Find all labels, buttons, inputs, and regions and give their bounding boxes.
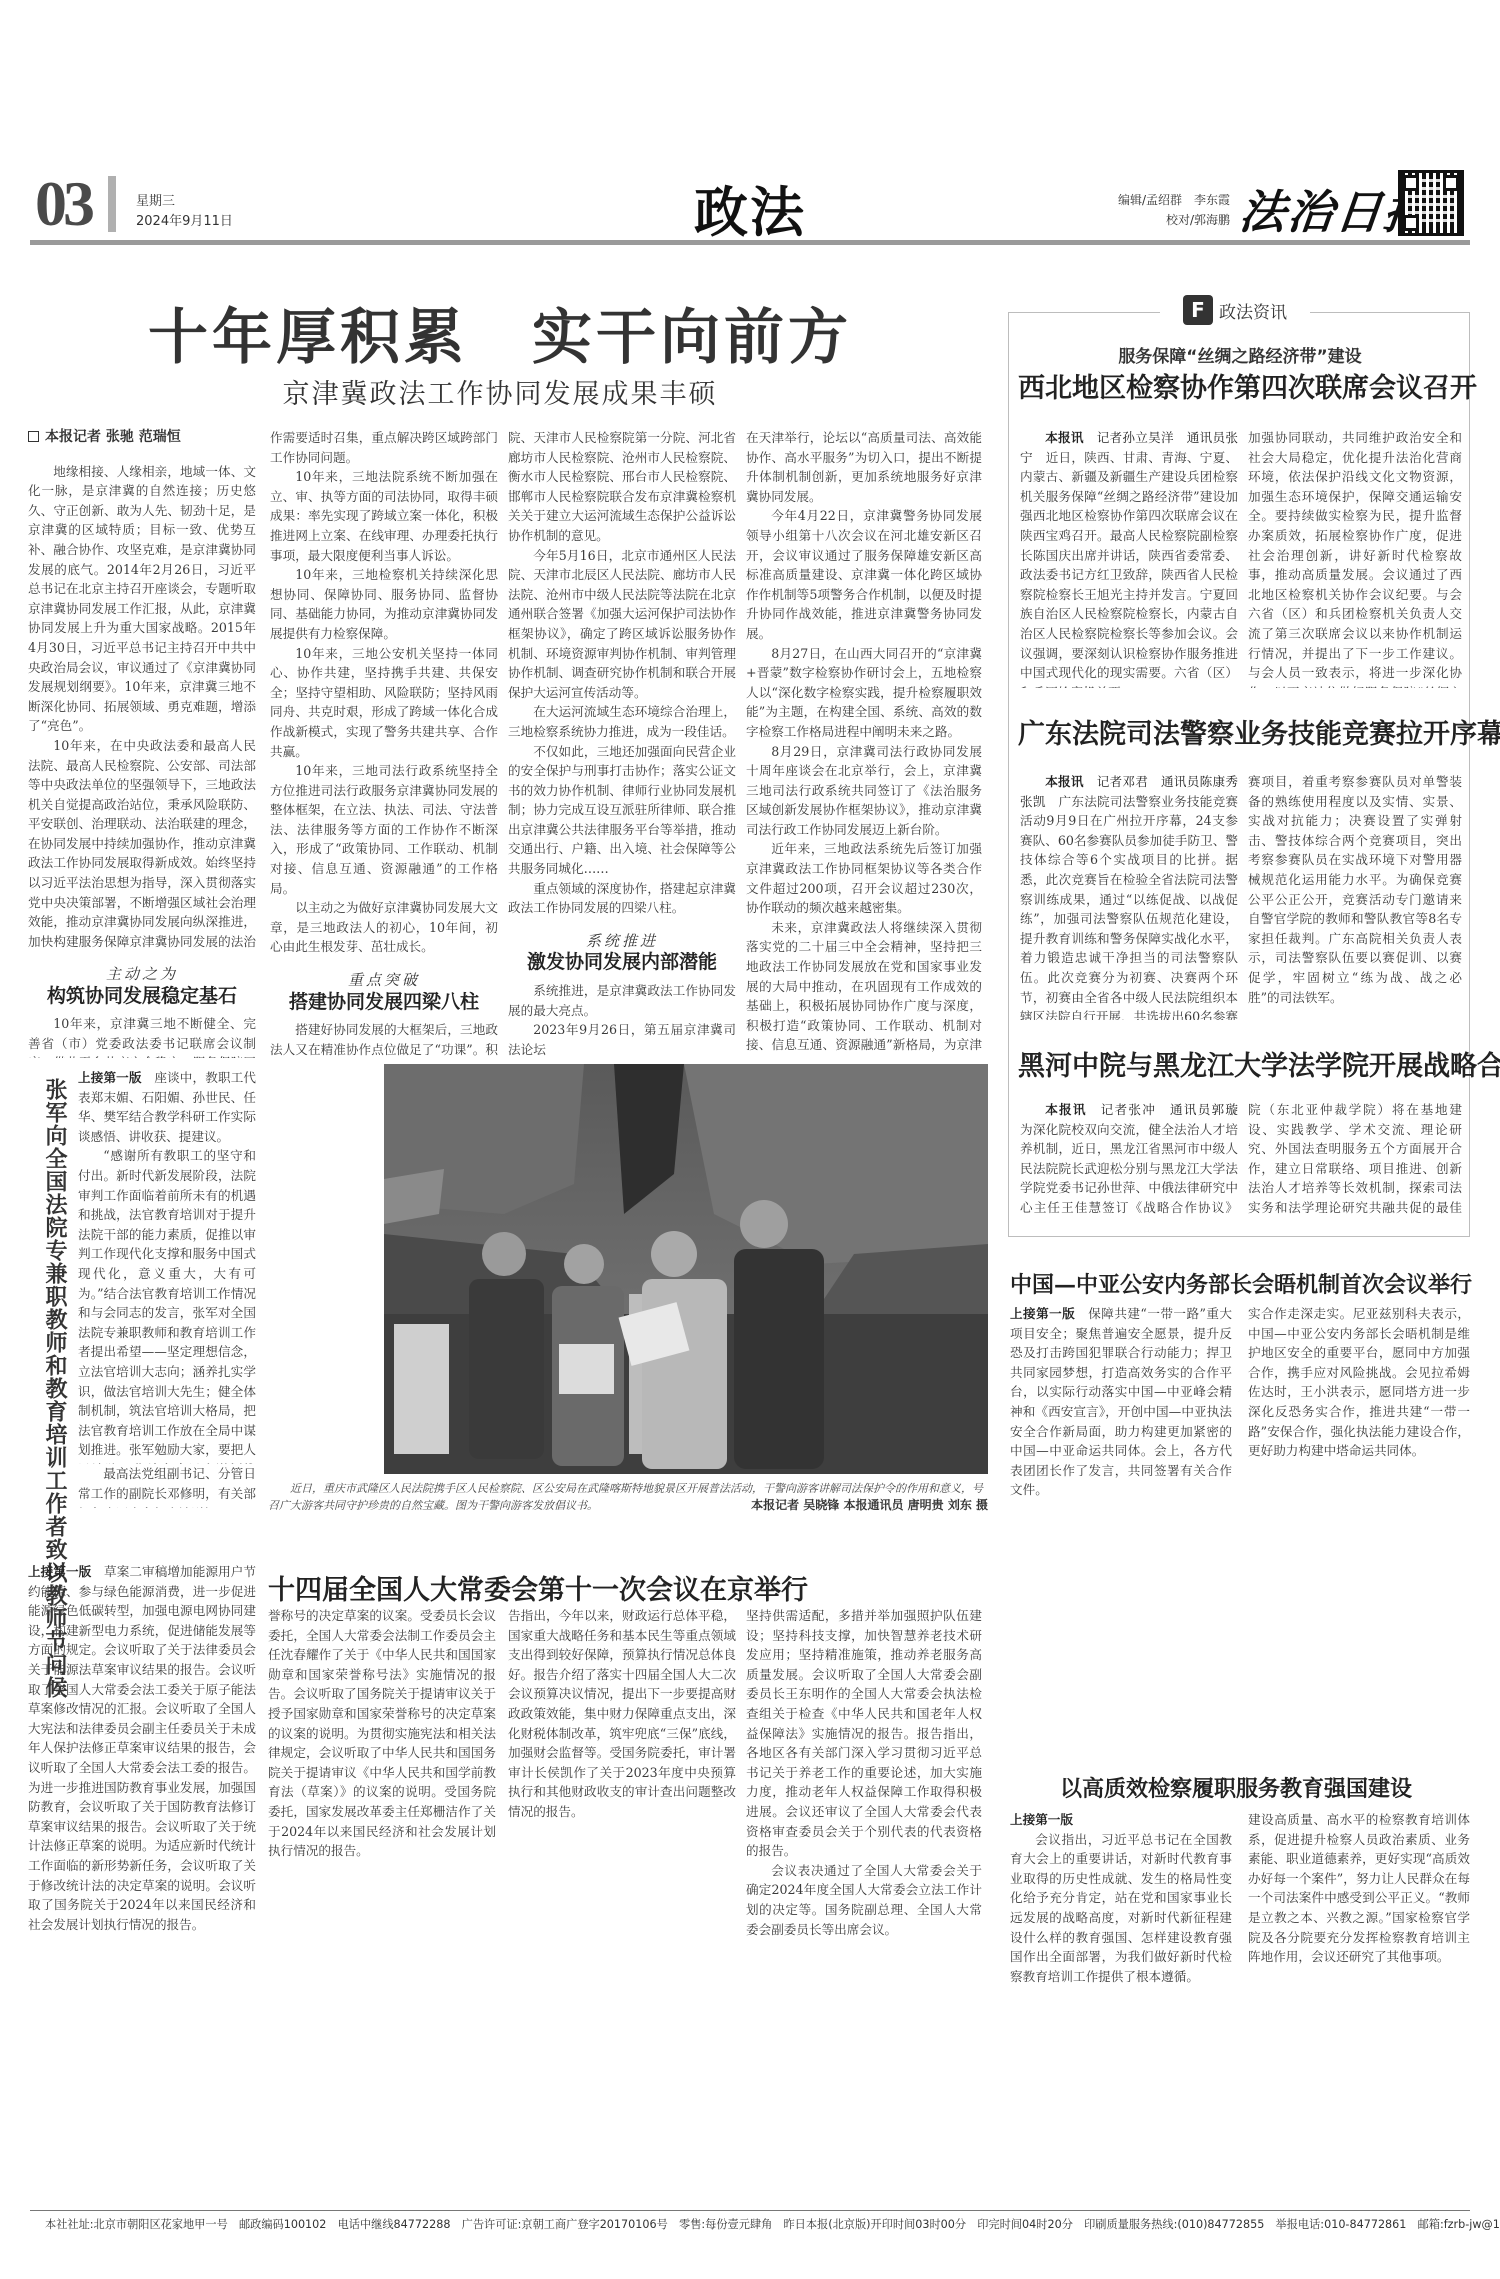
paragraph: 10年来，三地检察机关持续深化思想协同、保障协同、服务协同、监督协同、基础能力协… <box>270 565 498 643</box>
paragraph: 在大运河流域生态环境综合治理上，三地检察系统协力推进，成为一段佳话。 <box>508 702 736 741</box>
right-article-1-title: 中国—中亚公安内务部长会晤机制首次会议举行 <box>1010 1268 1472 1299</box>
paragraph: 10年来，三地司法行政系统坚持全方位推进司法行政服务京津冀协同发展的整体框架，在… <box>270 761 498 898</box>
paragraph: “感谢所有教职工的坚守和付出。新时代新发展阶段，法院审判工作面临着前所未有的机遇… <box>78 1146 256 1464</box>
npc-column-1: 誉称号的决定草案的议案。受委员长会议委托，全国人大常委会法制工作委员会主任沈春耀… <box>268 1606 496 2202</box>
right-article-1-column-2: 实合作走深走实。尼亚兹别科夫表示，中国—中亚公安内务部长会晤机制是维护地区安全的… <box>1248 1304 1470 1762</box>
page-number: 03 <box>35 172 91 236</box>
brief-3-column-2: 院（东北亚仲裁学院）将在基地建设、实践教学、学术交流、理论研究、外国法查明服务五… <box>1248 1100 1462 1220</box>
paragraph: 今年4月22日，京津冀警务协同发展领导小组第十八次会议在河北雄安新区召开，会议审… <box>746 506 982 643</box>
section-logo-icon: F <box>1183 295 1213 325</box>
news-briefs-label: 政法资讯 <box>1219 298 1287 323</box>
subsection-title: 激发协同发展内部潜能 <box>508 953 736 973</box>
photo-credit: 本报记者 吴晓锋 本报通讯员 唐明贵 刘东 摄 <box>751 1497 988 1514</box>
brief-1-column-1: 本报讯 记者孙立昊洋 通讯员张宁 近日，陕西、甘肃、青海、宁夏、内蒙古、新疆及新… <box>1020 428 1238 688</box>
subsection-title: 构筑协同发展稳定基石 <box>28 987 256 1007</box>
subsection-kicker: 系统推进 <box>508 932 736 952</box>
photo-illustration <box>384 1064 988 1474</box>
brief-1-column-2: 加强协同联动，共同维护政治安全和社会大局稳定，优化提升法治化营商环境，依法保护沿… <box>1248 428 1462 688</box>
issue-date: 2024年9月11日 <box>136 210 233 229</box>
brief-title: 黑河中院与黑龙江大学法学院开展战略合作 <box>1018 1044 1462 1083</box>
npc-column-3: 坚持供需适配，多措并举加强照护队伍建设；坚持科技支撑，加快智慧养老技术研发应用；… <box>746 1606 982 2202</box>
npc-headline: 十四届全国人大常委会第十一次会议在京举行 <box>268 1568 808 1607</box>
footer-rule <box>30 2210 1470 2211</box>
brief-3-column-1: 本报讯 记者张冲 通讯员郭璇 为深化院校双向交流，健全法治人才培养机制，近日，黑… <box>1020 1100 1238 1220</box>
paragraph: 不仅如此，三地还加强面向民营企业的安全保护与刑事打击协作；落实公证文书的效力协作… <box>508 742 736 879</box>
paragraph: 重点领域的深度协作，搭建起京津冀政法工作协同发展的四梁八柱。 <box>508 879 736 918</box>
brief-title: 广东法院司法警察业务技能竞赛拉开序幕 <box>1018 712 1462 751</box>
subsection-title: 搭建协同发展四梁八柱 <box>270 993 498 1013</box>
paragraph: 地缘相接、人缘相亲，地域一体、文化一脉，是京津冀的自然连接；历史悠久、守正创新、… <box>28 462 256 736</box>
qr-finder-icon <box>1403 175 1419 191</box>
editor-credits: 编辑/孟绍群 李东霞 校对/郭海鹏 <box>1080 190 1230 230</box>
right-article-2-column-1: 上接第一版 会议指出，习近平总书记在全国教育大会上的重要讲话，对新时代教育事业取… <box>1010 1810 1232 2202</box>
news-briefs-tag: F 政法资讯 <box>1160 292 1310 328</box>
section-title: 政法 <box>690 170 810 247</box>
subsection-kicker: 主动之为 <box>28 965 256 985</box>
paragraph: 在天津举行，论坛以“高质量司法、高效能协作、高水平服务”为切入口，提出不断提升体… <box>746 428 982 506</box>
paragraph: 10年来，三地法院系统不断加强在立、审、执等方面的司法协同，取得丰硕成果：率先实… <box>270 467 498 565</box>
paragraph: 近年来，三地政法系统先后签订加强京津冀政法工作协同框架协议等各类合作文件超过20… <box>746 839 982 917</box>
brief-kicker: 服务保障“丝绸之路经济带”建设 <box>1020 342 1460 367</box>
subsection-kicker: 重点突破 <box>270 971 498 991</box>
paragraph: 以主动之为做好京津冀协同发展大文章，是三地政法人的初心，10年间，初心由此生根发… <box>270 898 498 957</box>
lead-column-4: 在天津举行，论坛以“高质量司法、高效能协作、高水平服务”为切入口，提出不断提升体… <box>746 428 982 1058</box>
page-number-divider <box>108 176 116 232</box>
right-article-1-column-1: 上接第一版 保障共建“一带一路”重大项目安全；聚焦普遍安全愿景，提升反恐及打击跨… <box>1010 1304 1232 1762</box>
editors: 编辑/孟绍群 李东霞 <box>1080 190 1230 210</box>
paragraph: 今年5月16日，北京市通州区人民法院、天津市北辰区人民法院、廊坊市人民法院、沧州… <box>508 546 736 703</box>
paragraph: 作需要适时召集，重点解决跨区域跨部门工作协同问题。 <box>270 428 498 467</box>
photo-caption: 近日，重庆市武隆区人民法院携手区人民检察院、区公安局在武隆喀斯特地貌景区开展普法… <box>268 1480 988 1514</box>
paragraph: 最高法党组副书记、分管日常工作的副院长邓修明，有关部门负责同志参加座谈慰问。 <box>78 1464 256 1508</box>
header-rule <box>30 240 1470 245</box>
lead-headline: 十年厚积累 实干向前方 <box>130 290 870 376</box>
brief-title: 西北地区检察协作第四次联席会议召开 <box>1018 366 1462 405</box>
lead-column-2: 作需要适时召集，重点解决跨区域跨部门工作协同问题。 10年来，三地法院系统不断加… <box>270 428 498 1058</box>
paragraph: 未来，京津冀政法人将继续深入贯彻落实党的二十届三中全会精神，坚持把三地政法工作协… <box>746 918 982 1058</box>
byline-box-icon <box>28 431 39 442</box>
right-article-2-column-2: 建设高质量、高水平的检察教育培训体系，促进提升检察人员政治素质、业务素能、职业道… <box>1248 1810 1470 2202</box>
vertical-story-body: 上接第一版 座谈中，教职工代表郑末媚、石阳媚、孙世民、任华、樊军结合教学科研工作… <box>78 1068 256 1508</box>
paragraph: 院、天津市人民检察院第一分院、河北省廊坊市人民检察院、沧州市人民检察院、衡水市人… <box>508 428 736 546</box>
news-photo <box>384 1064 988 1474</box>
lead-subhead: 京津冀政法工作协同发展成果丰硕 <box>250 372 750 411</box>
proofreader: 校对/郭海鹏 <box>1080 210 1230 230</box>
footer-imprint: 本社社址:北京市朝阳区花家地甲一号 邮政编码100102 电话中继线847722… <box>45 2216 1465 2232</box>
npc-column-2: 告指出，今年以来，财政运行总体平稳，国家重大战略任务和基本民生等重点领域支出得到… <box>508 1606 736 2202</box>
lead-byline: 本报记者 张驰 范瑞恒 <box>28 428 256 448</box>
qr-code-icon[interactable] <box>1398 170 1464 236</box>
paragraph: 10年来，三地公安机关坚持一体同心、协作共建，坚持携手共建、共保安全；坚持守望相… <box>270 644 498 762</box>
brief-2-column-1: 本报讯 记者邓君 通讯员陈康秀 张凯 广东法院司法警察业务技能竞赛活动9月9日在… <box>1020 772 1238 1020</box>
paragraph: 10年来，京津冀三地不断健全、完善省（市）党委政法委书记联席会议制度，借此平台共… <box>28 1014 256 1058</box>
npc-left-column: 上接第一版 草案二审稿增加能源用户节约能源、参与绿色能源消费，进一步促进能源绿色… <box>28 1562 256 2202</box>
paragraph: 2023年9月26日，第五届京津冀司法论坛 <box>508 1020 736 1058</box>
brief-2-column-2: 赛项目，着重考察参赛队员对单警装备的熟练使用程度以及实情、实景、实战对抗能力；决… <box>1248 772 1462 1020</box>
paragraph: 8月27日，在山西大同召开的“京津冀+晋蒙”数字检察协作研讨会上，五地检察人以“… <box>746 644 982 742</box>
paragraph: 系统推进，是京津冀政法工作协同发展的最大亮点。 <box>508 981 736 1020</box>
paragraph: 8月29日，京津冀司法行政协同发展十周年座谈会在北京举行，会上，京津冀三地司法行… <box>746 742 982 840</box>
qr-finder-icon <box>1403 215 1419 231</box>
right-article-2-title: 以高质效检察履职服务教育强国建设 <box>1060 1772 1412 1803</box>
lead-column-3: 院、天津市人民检察院第一分院、河北省廊坊市人民检察院、沧州市人民检察院、衡水市人… <box>508 428 736 1058</box>
paragraph: 10年来，在中央政法委和最高人民法院、最高人民检察院、公安部、司法部等中央政法单… <box>28 736 256 951</box>
lead-column-1: 本报记者 张驰 范瑞恒 地缘相接、人缘相亲，地域一体、文化一脉，是京津冀的自然连… <box>28 428 256 1058</box>
qr-finder-icon <box>1443 175 1459 191</box>
paragraph: 搭建好协同发展的大框架后，三地政法人又在精准协作点位做足了“功课”。积极参与大运… <box>270 1020 498 1058</box>
weekday: 星期三 <box>136 190 175 209</box>
